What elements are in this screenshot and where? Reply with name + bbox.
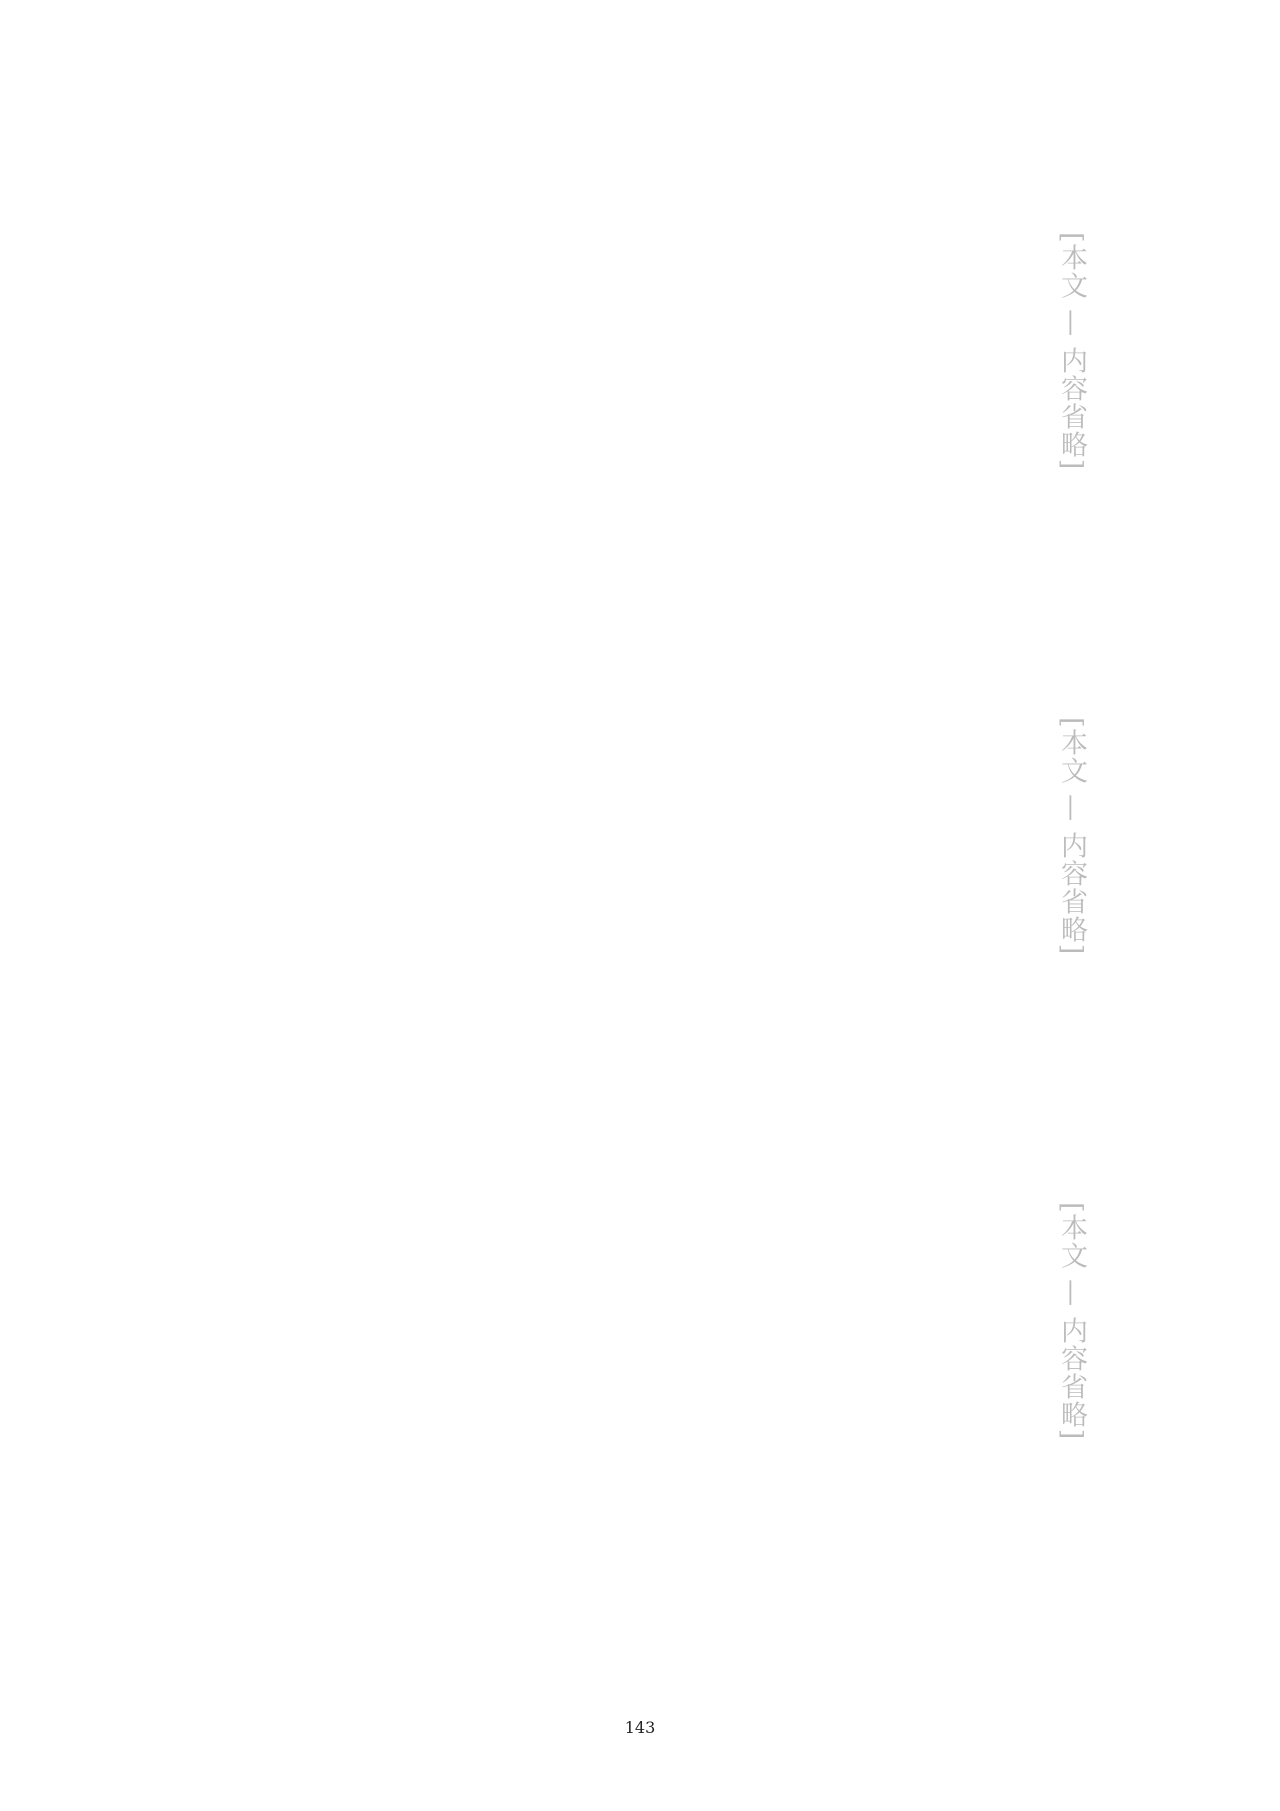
text-tier-2: [本文 — 内容省略]	[185, 690, 1095, 1150]
page-number: 143	[0, 1718, 1280, 1737]
text-tier-1: [本文 — 内容省略]	[185, 205, 1095, 665]
paragraph: [本文 — 内容省略]	[1047, 690, 1095, 1150]
document-page: [本文 — 内容省略] [本文 — 内容省略] [本文 — 内容省略] 143	[0, 0, 1280, 1811]
paragraph: [本文 — 内容省略]	[1047, 1175, 1095, 1635]
text-tier-3: [本文 — 内容省略]	[185, 1175, 1095, 1635]
paragraph: [本文 — 内容省略]	[1047, 205, 1095, 665]
